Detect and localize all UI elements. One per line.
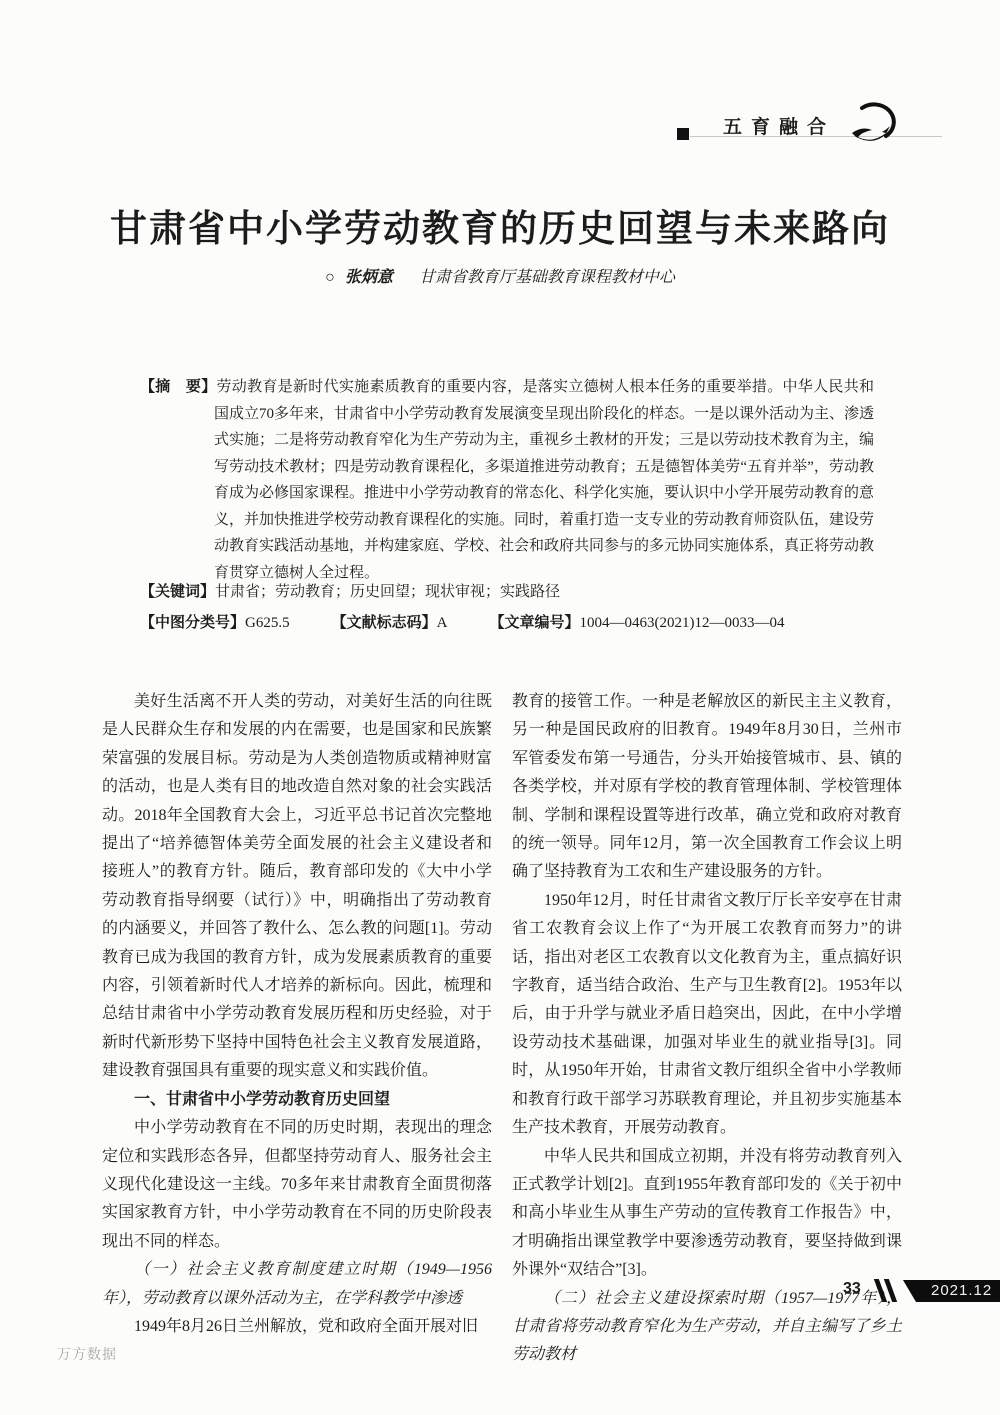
page-footer: 33 2021.12 [0,1279,1000,1303]
paragraph: 1950年12月，时任甘肃省文教厅厅长辛安亭在甘肃省工农教育会议上作了“为开展工… [512,887,902,1143]
article-id-segment: 【文章编号】1004—0463(2021)12—0033—04 [489,611,784,632]
article-id-value: 1004—0463(2021)12—0033—04 [579,615,784,631]
clc-label: 【中图分类号】 [140,615,245,631]
wanfang-watermark: 万方数据 [57,1344,117,1364]
keywords-label: 【关键词】 [140,584,215,600]
abstract-text: 劳动教育是新时代实施素质教育的重要内容，是落实立德树人根本任务的重要举措。中华人… [214,379,874,581]
byline-circle-marker: ○ [325,269,335,286]
column-section-label: 五育融合 [723,112,835,139]
keywords-line: 【关键词】甘肃省；劳动教育；历史回望；现状审视；实践路径 [140,580,874,601]
left-column: 美好生活离不开人类的劳动，对美好生活的向往既是人民群众生存和发展的内在需要，也是… [102,688,492,1370]
paragraph: 1949年8月26日兰州解放，党和政府全面开展对旧 [102,1313,492,1341]
author-name: 张炳意 [345,269,393,286]
abstract-label: 【摘 要】 [140,379,217,395]
journal-swallow-logo-icon [846,100,898,152]
paragraph: 中华人民共和国成立初期，并没有将劳动教育列入正式教学计划[2]。直到1955年教… [512,1143,902,1285]
page-header: 五育融合 [0,108,1000,154]
issue-date-bar: 2021.12 [903,1280,1000,1302]
abstract-block: 【摘 要】劳动教育是新时代实施素质教育的重要内容，是落实立德树人根本任务的重要举… [140,374,874,586]
article-title: 甘肃省中小学劳动教育的历史回望与未来路向 [0,198,1000,252]
doc-code-segment: 【文献标志码】A [332,611,448,632]
page-number: 33 [843,1280,861,1298]
byline: ○张炳意甘肃省教育厅基础教育课程教材中心 [0,264,1000,287]
section-heading: 一、甘肃省中小学劳动教育历史回望 [102,1086,492,1114]
clc-value: G625.5 [245,615,290,631]
paragraph: 美好生活离不开人类的劳动，对美好生活的向往既是人民群众生存和发展的内在需要，也是… [102,688,492,1086]
doc-code-label: 【文献标志码】 [332,615,437,631]
clc-segment: 【中图分类号】G625.5 [140,611,290,632]
author-affiliation: 甘肃省教育厅基础教育课程教材中心 [419,269,675,286]
paragraph: 中小学劳动教育在不同的历史时期，表现出的理念定位和实践形态各异，但都坚持劳动育人… [102,1114,492,1256]
right-column: 教育的接管工作。一种是老解放区的新民主主义教育，另一种是国民政府的旧教育。194… [512,688,902,1370]
paragraph-continuation: 教育的接管工作。一种是老解放区的新民主主义教育，另一种是国民政府的旧教育。194… [512,688,902,887]
journal-page: 五育融合 甘肃省中小学劳动教育的历史回望与未来路向 ○张炳意甘肃省教育厅基础教育… [0,0,1000,1415]
header-square-bullet [677,128,689,140]
meta-line: 【中图分类号】G625.5 【文献标志码】A 【文章编号】1004—0463(2… [140,611,900,632]
doc-code-value: A [437,615,448,631]
article-id-label: 【文章编号】 [489,615,579,631]
keywords-text: 甘肃省；劳动教育；历史回望；现状审视；实践路径 [215,584,560,600]
body-columns: 美好生活离不开人类的劳动，对美好生活的向往既是人民群众生存和发展的内在需要，也是… [102,688,902,1370]
